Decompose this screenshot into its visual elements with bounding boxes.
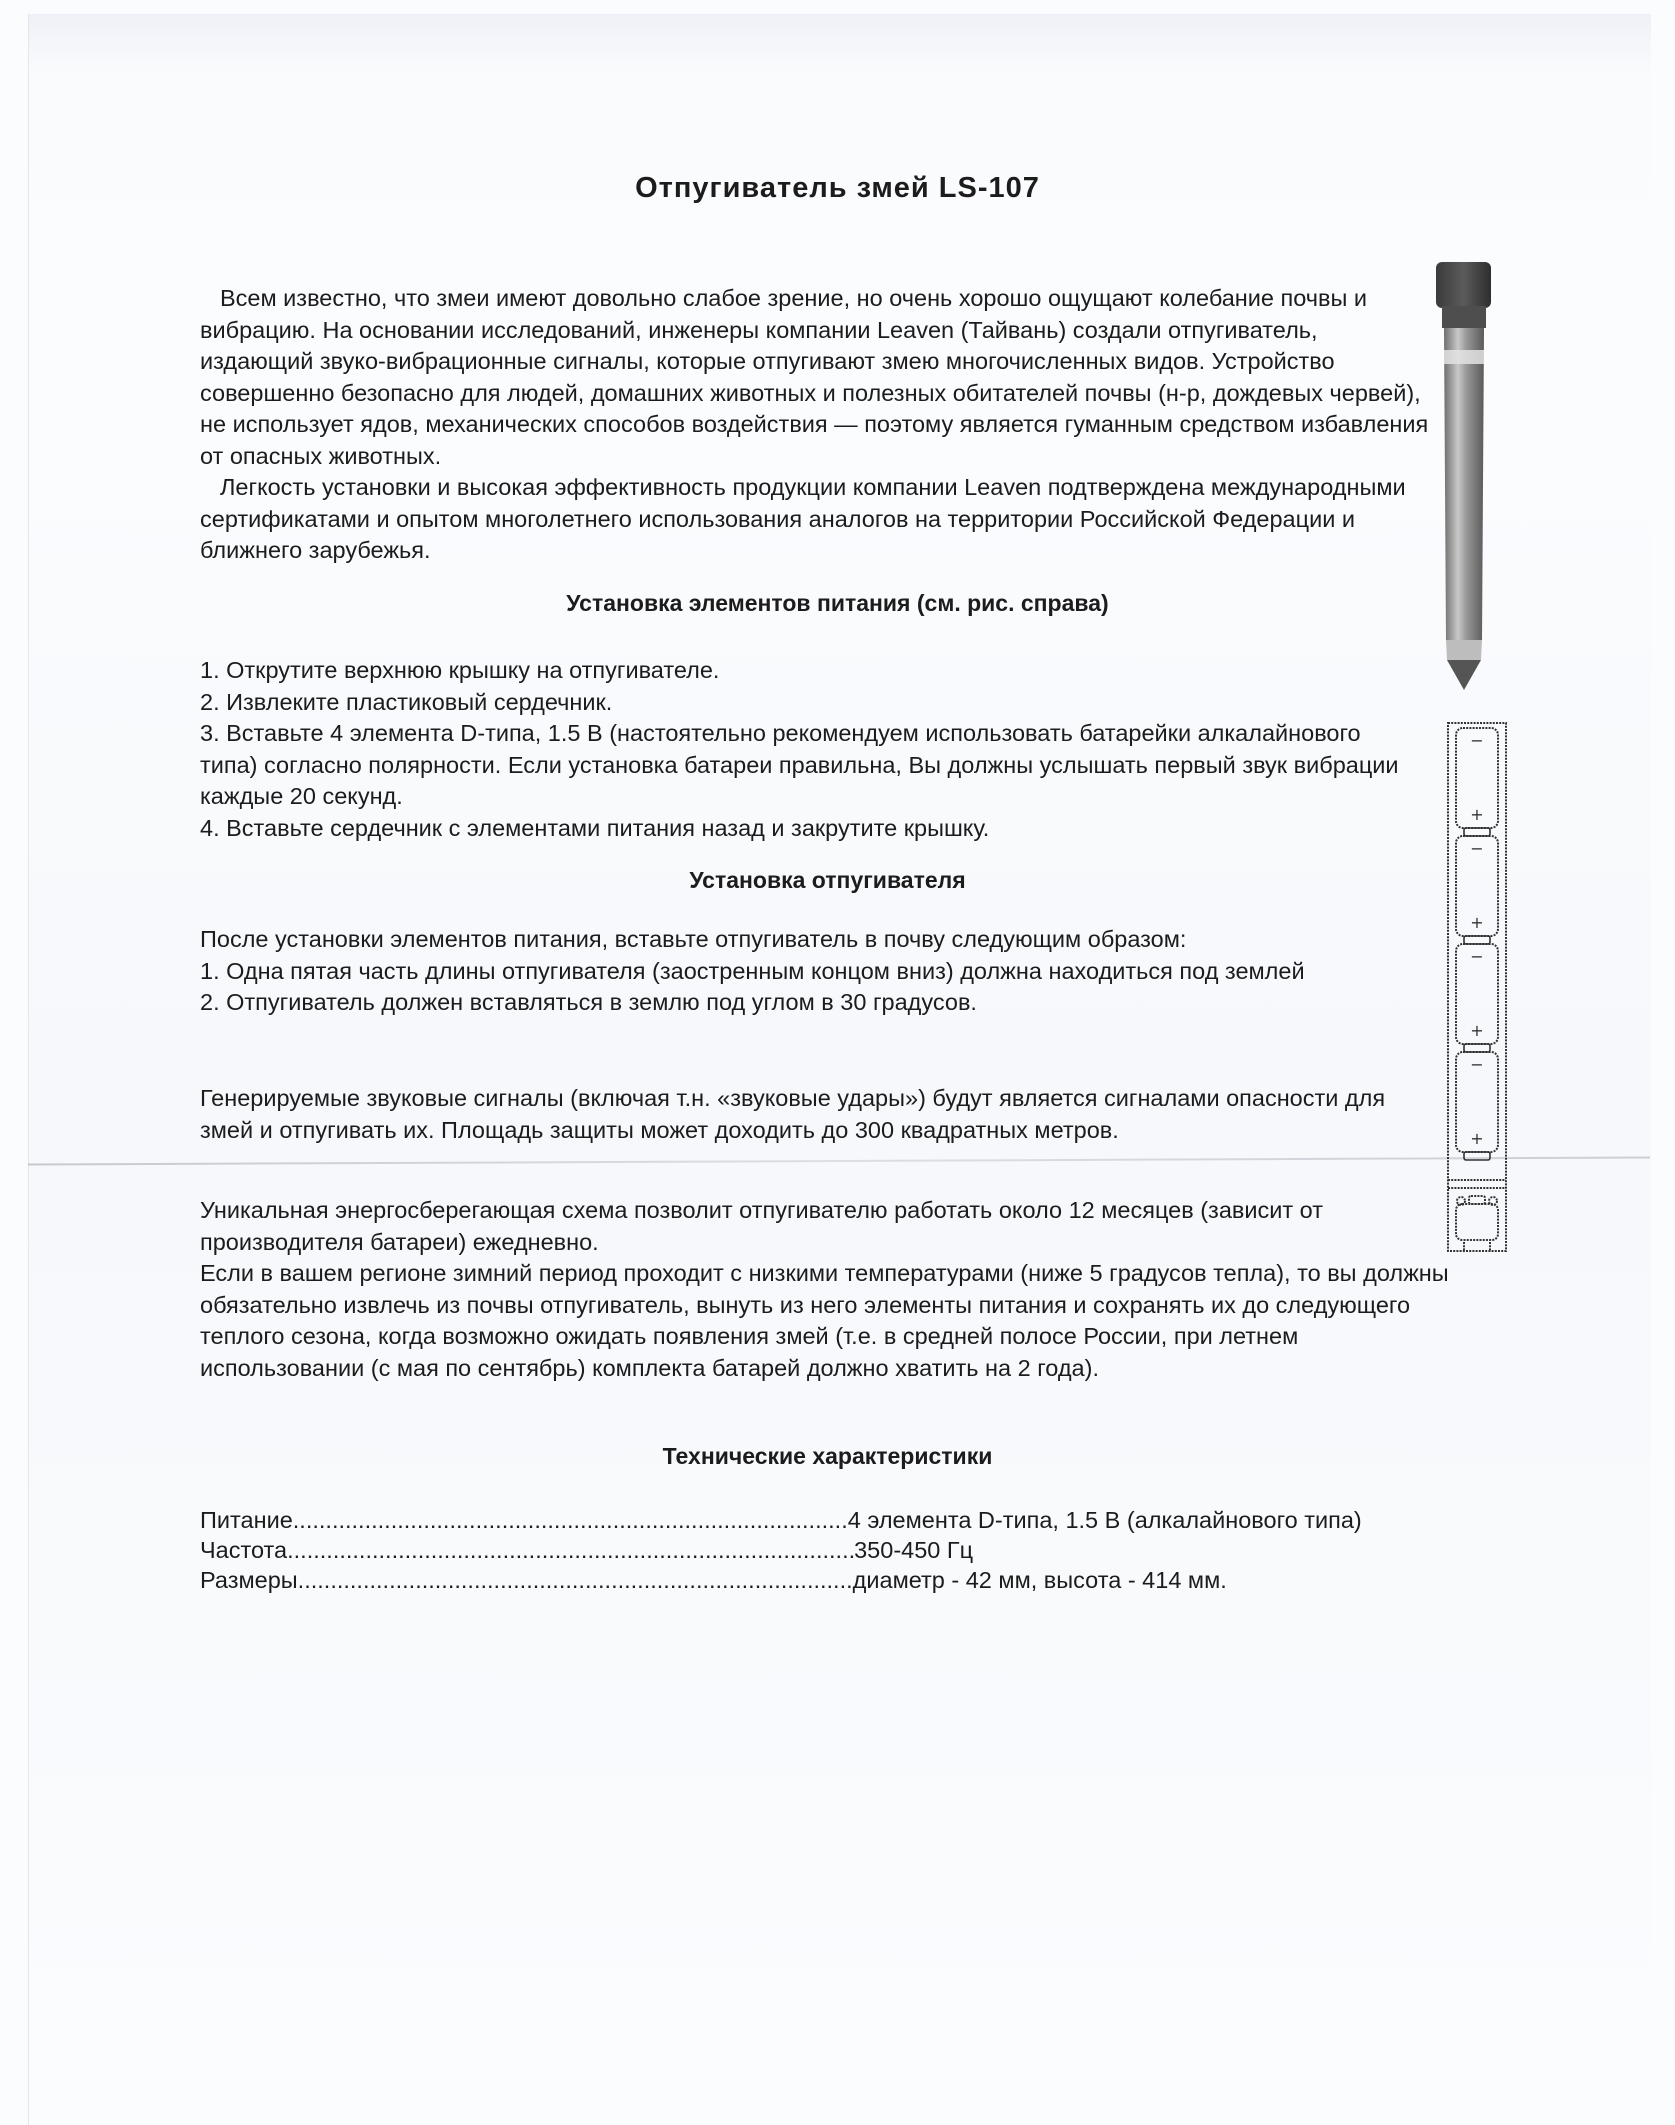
signals-text: Генерируемые звуковые сигналы (включая т… (200, 1083, 1400, 1146)
document-title: Отпугиватель змей LS-107 (0, 172, 1675, 205)
minus-sign: − (1470, 731, 1483, 750)
spec-label: Размеры (200, 1565, 298, 1595)
minus-sign: − (1470, 839, 1483, 858)
spec-row-frequency: Частота ................................… (200, 1535, 1460, 1565)
leader-dots: ........................................… (293, 1505, 848, 1535)
install-step-1: 1. Одна пятая часть длины отпугивателя (… (200, 956, 1400, 988)
battery-section-heading: Установка элементов питания (см. рис. сп… (0, 590, 1675, 617)
top-cap (1436, 262, 1491, 308)
plus-sign: + (1470, 805, 1483, 824)
label-band (1444, 350, 1484, 364)
battery-step-3: 3. Вставьте 4 элемента D-типа, 1.5 В (на… (200, 718, 1400, 813)
spec-row-dimensions: Размеры ................................… (200, 1565, 1460, 1595)
spec-label: Питание (200, 1505, 293, 1535)
install-steps: После установки элементов питания, встав… (200, 924, 1400, 1019)
battery-step-1: 1. Открутите верхнюю крышку на отпугиват… (200, 655, 1400, 687)
install-section-heading: Установка отпугивателя (0, 867, 1665, 894)
spec-label: Частота (200, 1535, 287, 1565)
winter-storage-text: Если в вашем регионе зимний период прохо… (200, 1258, 1465, 1384)
intro-paragraph-2: Легкость установки и высокая эффективнос… (200, 472, 1435, 567)
leader-dots: ........................................… (298, 1565, 853, 1595)
spec-value: диаметр - 42 мм, высота - 414 мм. (853, 1565, 1227, 1595)
spike-tip (1447, 660, 1481, 690)
specs-section-heading: Технические характеристики (0, 1443, 1665, 1470)
plus-sign: + (1470, 1021, 1483, 1040)
spec-value: 350-450 Гц (854, 1535, 973, 1565)
spec-row-power: Питание ................................… (200, 1505, 1460, 1535)
repeller-device-illustration (1428, 262, 1498, 690)
battery-life-paragraph: Уникальная энергосберегающая схема позво… (200, 1195, 1465, 1384)
spec-value: 4 элемента D-типа, 1.5 В (алкалайнового … (848, 1505, 1362, 1535)
intro-paragraph-1: Всем известно, что змеи имеют довольно с… (200, 283, 1435, 472)
battery-step-4: 4. Вставьте сердечник с элементами питан… (200, 813, 1400, 845)
plus-sign: + (1470, 913, 1483, 932)
signals-paragraph: Генерируемые звуковые сигналы (включая т… (200, 1083, 1400, 1146)
intro-section: Всем известно, что змеи имеют довольно с… (200, 283, 1435, 567)
leader-dots: ........................................… (287, 1535, 854, 1565)
energy-saving-text: Уникальная энергосберегающая схема позво… (200, 1195, 1400, 1258)
install-step-2: 2. Отпугиватель должен вставляться в зем… (200, 987, 1400, 1019)
battery-insertion-diagram: −+−+−+−+ (1447, 722, 1507, 1254)
battery-steps: 1. Открутите верхнюю крышку на отпугиват… (200, 655, 1400, 844)
plus-sign: + (1470, 1129, 1483, 1148)
battery-step-2: 2. Извлеките пластиковый сердечник. (200, 687, 1400, 719)
spring-contact (1456, 1196, 1498, 1252)
specs-table: Питание ................................… (200, 1505, 1460, 1595)
minus-sign: − (1470, 947, 1483, 966)
minus-sign: − (1470, 1055, 1483, 1074)
install-lead: После установки элементов питания, встав… (200, 924, 1400, 956)
